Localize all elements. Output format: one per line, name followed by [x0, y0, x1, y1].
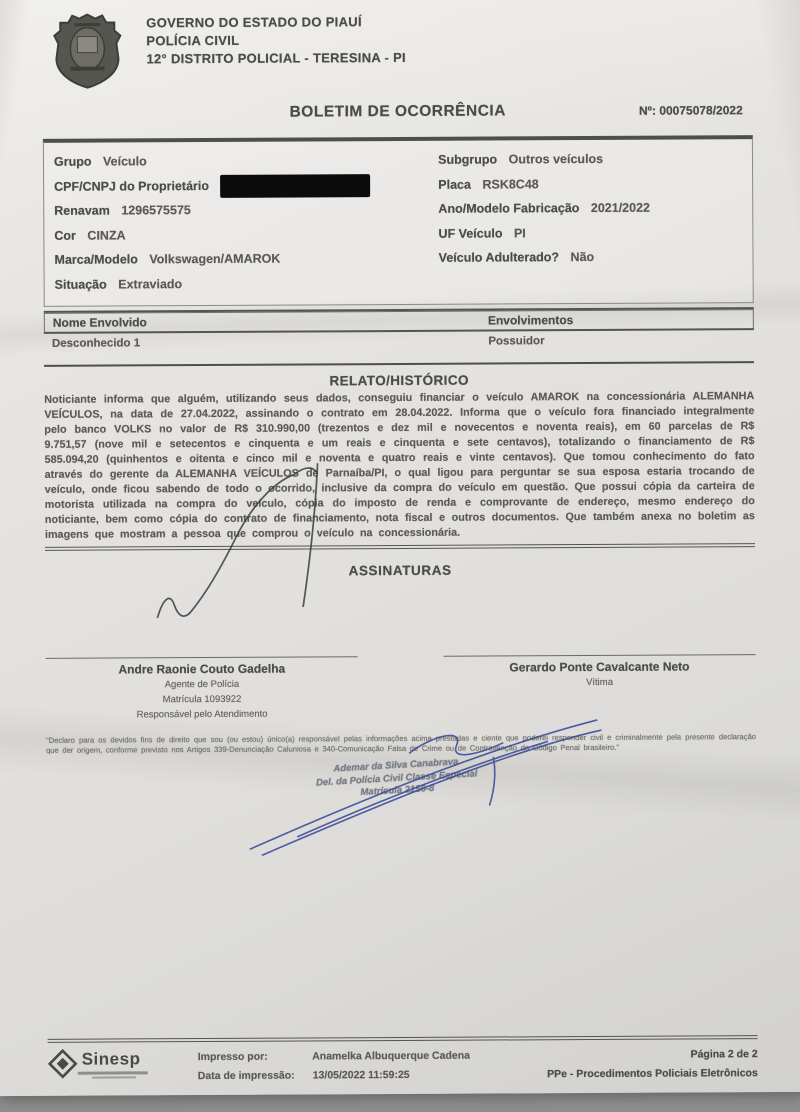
field-label: Subgrupo	[438, 152, 497, 166]
agent-name: Andre Raonie Couto Gadelha	[46, 661, 358, 677]
occurrence-number: Nº: 00075078/2022	[639, 103, 743, 118]
field-label: UF Veículo	[438, 226, 502, 240]
sinesp-brand: Sinesp	[48, 1048, 198, 1079]
sinesp-tagline-bar	[78, 1071, 148, 1074]
field-row-placa: Placa RSK8C48	[438, 171, 740, 197]
sinesp-wordmark-wrap: Sinesp	[78, 1049, 148, 1078]
field-row-adulterado: Veículo Adulterado? Não	[439, 244, 741, 270]
victim-role: Vítima	[443, 675, 755, 690]
signature-left: Andre Raonie Couto Gadelha Agente de Pol…	[46, 656, 359, 722]
org-line-1: GOVERNO DO ESTADO DO PIAUÍ	[146, 13, 406, 32]
org-line-3: 12° DISTRITO POLICIAL - TERESINA - PI	[146, 49, 406, 68]
police-crest-icon	[50, 10, 124, 90]
field-label: Grupo	[54, 155, 92, 169]
redaction-box	[220, 174, 370, 198]
field-value: PI	[514, 226, 526, 240]
system-name: PPe - Procedimentos Policiais Eletrônico…	[547, 1064, 758, 1084]
printed-by-value: Anamelka Albuquerque Cadena	[312, 1050, 470, 1063]
field-label: Ano/Modelo Fabricação	[438, 201, 579, 216]
page-indicator: Página 2 de 2	[547, 1045, 758, 1065]
field-row-marca-modelo: Marca/Modelo Volkswagen/AMAROK	[54, 246, 438, 273]
col-header-nome-envolvido: Nome Envolvido	[45, 312, 480, 332]
field-label: Cor	[54, 228, 76, 242]
field-label: CPF/CNPJ do Proprietário	[54, 178, 209, 193]
scanned-document-page: GOVERNO DO ESTADO DO PIAUÍ POLÍCIA CIVIL…	[0, 0, 800, 1096]
sinesp-tagline-bar-2	[92, 1076, 136, 1078]
relato-section: RELATO/HISTÓRICO Noticiante informa que …	[44, 371, 755, 551]
cell-envolvimento: Possuidor	[480, 333, 754, 348]
field-label: Veículo Adulterado?	[439, 250, 559, 265]
field-row-subgrupo: Subgrupo Outros veículos	[438, 146, 740, 172]
involved-table: Nome Envolvido Envolvimentos Desconhecid…	[44, 307, 754, 367]
cell-nome: Desconhecido 1	[44, 335, 480, 351]
print-info: Impresso por: Anamelka Albuquerque Caden…	[198, 1047, 470, 1086]
field-label: Situação	[55, 277, 107, 291]
print-date-label: Data de impressão:	[198, 1066, 310, 1086]
field-value: Outros veículos	[509, 152, 604, 166]
sinesp-wordmark: Sinesp	[82, 1049, 148, 1069]
legal-disclaimer: "Declaro para os devidos fins de direito…	[46, 732, 756, 756]
printed-by-row: Impresso por: Anamelka Albuquerque Caden…	[198, 1047, 470, 1067]
page-content: GOVERNO DO ESTADO DO PIAUÍ POLÍCIA CIVIL…	[0, 0, 800, 1096]
org-lines: GOVERNO DO ESTADO DO PIAUÍ POLÍCIA CIVIL…	[146, 9, 406, 68]
printed-by-label: Impresso por:	[198, 1047, 310, 1067]
agent-role: Agente de Polícia	[46, 677, 358, 692]
field-row-grupo: Grupo Veículo	[54, 148, 438, 175]
field-value: Veículo	[103, 154, 147, 168]
title-row: BOLETIM DE OCORRÊNCIA Nº: 00075078/2022	[43, 101, 753, 129]
org-line-2: POLÍCIA CIVIL	[146, 31, 406, 50]
field-row-uf: UF Veículo PI	[438, 220, 740, 246]
signature-line	[46, 656, 358, 659]
field-label: Marca/Modelo	[54, 252, 137, 266]
document-footer: Sinesp Impresso por: Anamelka Albuquerqu…	[48, 1035, 758, 1087]
field-row-situacao: Situação Extraviado	[55, 270, 439, 297]
relato-text: Noticiante informa que alguém, utilizand…	[44, 389, 755, 543]
assinaturas-heading: ASSINATURAS	[45, 561, 755, 580]
table-row: Desconhecido 1 Possuidor	[44, 330, 754, 367]
relato-heading: RELATO/HISTÓRICO	[44, 371, 754, 390]
agent-matricula: Matrícula 1093922	[46, 692, 358, 707]
print-date-row: Data de impressão: 13/05/2022 11:59:25	[198, 1066, 470, 1086]
sinesp-logo-icon	[48, 1049, 78, 1079]
print-date-value: 13/05/2022 11:59:25	[313, 1069, 410, 1082]
victim-name: Gerardo Ponte Cavalcante Neto	[443, 659, 755, 675]
field-label: Placa	[438, 177, 471, 191]
agent-extra: Responsável pelo Atendimento	[46, 707, 358, 722]
col-header-envolvimentos: Envolvimentos	[480, 310, 753, 329]
field-row-cpf: CPF/CNPJ do Proprietário	[54, 172, 438, 199]
fields-left-column: Grupo Veículo CPF/CNPJ do Proprietário R…	[54, 148, 439, 297]
signature-line	[443, 654, 755, 657]
field-row-renavam: Renavam 1296575575	[54, 197, 438, 224]
fields-right-column: Subgrupo Outros veículos Placa RSK8C48 A…	[438, 146, 741, 295]
field-value: Volkswagen/AMAROK	[149, 252, 280, 267]
signature-right: Gerardo Ponte Cavalcante Neto Vítima	[443, 654, 756, 720]
field-row-ano-modelo: Ano/Modelo Fabricação 2021/2022	[438, 195, 740, 221]
field-value: 1296575575	[121, 203, 191, 217]
field-label: Renavam	[54, 204, 110, 218]
field-value: Não	[570, 250, 594, 264]
field-value: RSK8C48	[482, 177, 538, 191]
field-value: 2021/2022	[591, 201, 650, 215]
field-row-cor: Cor CINZA	[54, 221, 438, 248]
vehicle-fields-box: Grupo Veículo CPF/CNPJ do Proprietário R…	[43, 135, 754, 307]
signature-block: Andre Raonie Couto Gadelha Agente de Pol…	[46, 654, 756, 722]
field-value: CINZA	[87, 228, 125, 242]
field-value: Extraviado	[118, 277, 182, 291]
document-header: GOVERNO DO ESTADO DO PIAUÍ POLÍCIA CIVIL…	[42, 7, 752, 91]
footer-right: Página 2 de 2 PPe - Procedimentos Polici…	[547, 1045, 758, 1084]
